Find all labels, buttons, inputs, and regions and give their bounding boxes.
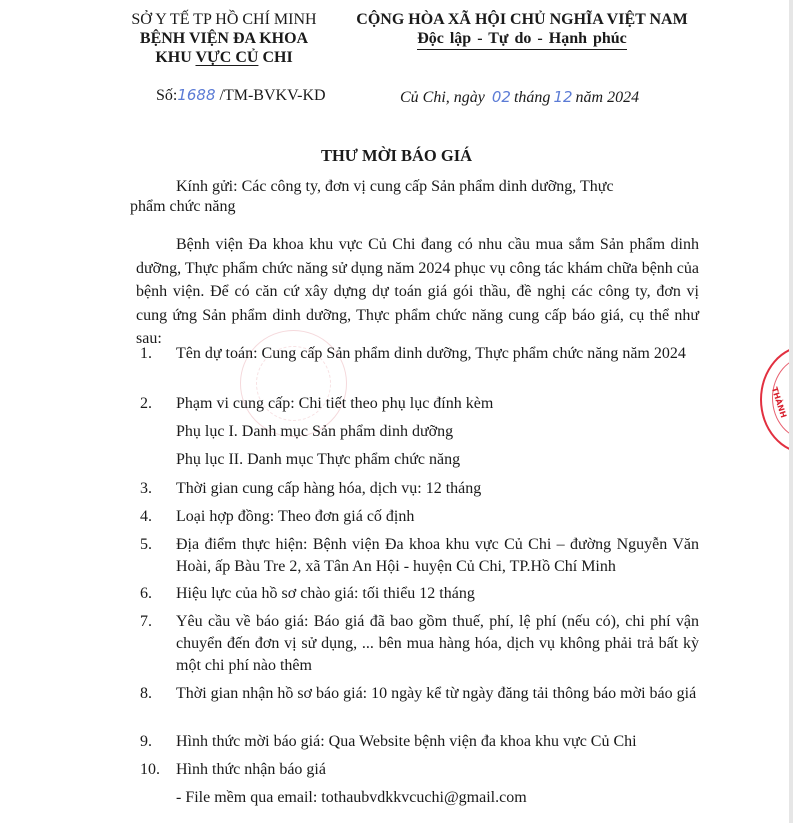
motto: Độc lập - Tự do - Hạnh phúc bbox=[417, 29, 627, 50]
item-number: 8. bbox=[140, 683, 170, 705]
item-number: 6. bbox=[140, 583, 170, 605]
item-text: Thời gian cung cấp hàng hóa, dịch vụ: 12… bbox=[176, 478, 699, 500]
item-text: Phạm vi cung cấp: Chi tiết theo phụ lục … bbox=[176, 393, 699, 415]
item-text: Loại hợp đồng: Theo đơn giá cố định bbox=[176, 506, 699, 528]
handwritten-month: 12 bbox=[553, 88, 572, 106]
item-text: Hình thức mời báo giá: Qua Website bệnh … bbox=[176, 731, 699, 753]
item-text: Thời gian nhận hồ sơ báo giá: 10 ngày kể… bbox=[176, 683, 699, 705]
item-number: 3. bbox=[140, 478, 170, 500]
recipient-line-2: phẩm chức năng bbox=[130, 197, 650, 217]
handwritten-number: 1688 bbox=[177, 86, 215, 104]
document-page: SỞ Y TẾ TP HỒ CHÍ MINH BỆNH VIỆN ĐA KHOA… bbox=[0, 0, 793, 823]
item-text: Phụ lục II. Danh mục Thực phẩm chức năng bbox=[176, 449, 699, 471]
agency-line-3-underlined: VỰC CỦ bbox=[195, 49, 258, 66]
item-text: Hình thức nhận báo giá bbox=[176, 759, 699, 781]
national-motto-header: CỘNG HÒA XÃ HỘI CHỦ NGHĨA VIỆT NAM Độc l… bbox=[352, 10, 692, 50]
year-label: năm 2024 bbox=[576, 89, 640, 106]
item-text: Địa điểm thực hiện: Bệnh viện Đa khoa kh… bbox=[176, 534, 699, 578]
agency-line-2: BỆNH VIỆN ĐA KHOA bbox=[108, 29, 340, 48]
issuing-agency-header: SỞ Y TẾ TP HỒ CHÍ MINH BỆNH VIỆN ĐA KHOA… bbox=[108, 10, 340, 67]
page-edge bbox=[789, 0, 793, 823]
recipient-line-1: Kính gửi: Các công ty, đơn vị cung cấp S… bbox=[176, 177, 696, 197]
item-number: 2. bbox=[140, 393, 170, 415]
date-line: Củ Chi, ngày 02tháng12năm 2024 bbox=[400, 88, 639, 107]
item-number: 10. bbox=[140, 759, 170, 781]
agency-line-3: KHU VỰC CỦ CHI bbox=[108, 48, 340, 67]
agency-line-3-post: CHI bbox=[258, 49, 292, 66]
item-text: Yêu cầu về báo giá: Báo giá đã bao gồm t… bbox=[176, 611, 699, 677]
handwritten-day: 02 bbox=[492, 88, 511, 106]
month-label: tháng bbox=[514, 89, 550, 106]
item-text: Phụ lục I. Danh mục Sản phẩm dinh dưỡng bbox=[176, 421, 699, 443]
item-text: Tên dự toán: Cung cấp Sản phẩm dinh dưỡn… bbox=[176, 343, 699, 365]
country-name: CỘNG HÒA XÃ HỘI CHỦ NGHĨA VIỆT NAM bbox=[352, 10, 692, 29]
document-number-suffix: /TM-BVKV-KD bbox=[216, 87, 326, 104]
item-number: 9. bbox=[140, 731, 170, 753]
item-number: 5. bbox=[140, 534, 170, 556]
document-number: Số:1688 /TM-BVKV-KD bbox=[156, 86, 326, 105]
item-number: 4. bbox=[140, 506, 170, 528]
item-text: - File mềm qua email: tothaubvdkkvcuchi@… bbox=[176, 787, 699, 809]
agency-line-3-pre: KHU bbox=[155, 49, 195, 66]
recipient: Kính gửi: Các công ty, đơn vị cung cấp S… bbox=[176, 177, 696, 197]
agency-line-1: SỞ Y TẾ TP HỒ CHÍ MINH bbox=[108, 10, 340, 29]
item-number: 7. bbox=[140, 611, 170, 633]
document-title: THƯ MỜI BÁO GIÁ bbox=[0, 146, 793, 166]
date-prefix: Củ Chi, ngày bbox=[400, 89, 485, 106]
document-number-prefix: Số: bbox=[156, 87, 177, 104]
intro-paragraph: Bệnh viện Đa khoa khu vực Củ Chi đang có… bbox=[136, 233, 699, 351]
item-text: Hiệu lực của hồ sơ chào giá: tối thiểu 1… bbox=[176, 583, 699, 605]
item-number: 1. bbox=[140, 343, 170, 365]
